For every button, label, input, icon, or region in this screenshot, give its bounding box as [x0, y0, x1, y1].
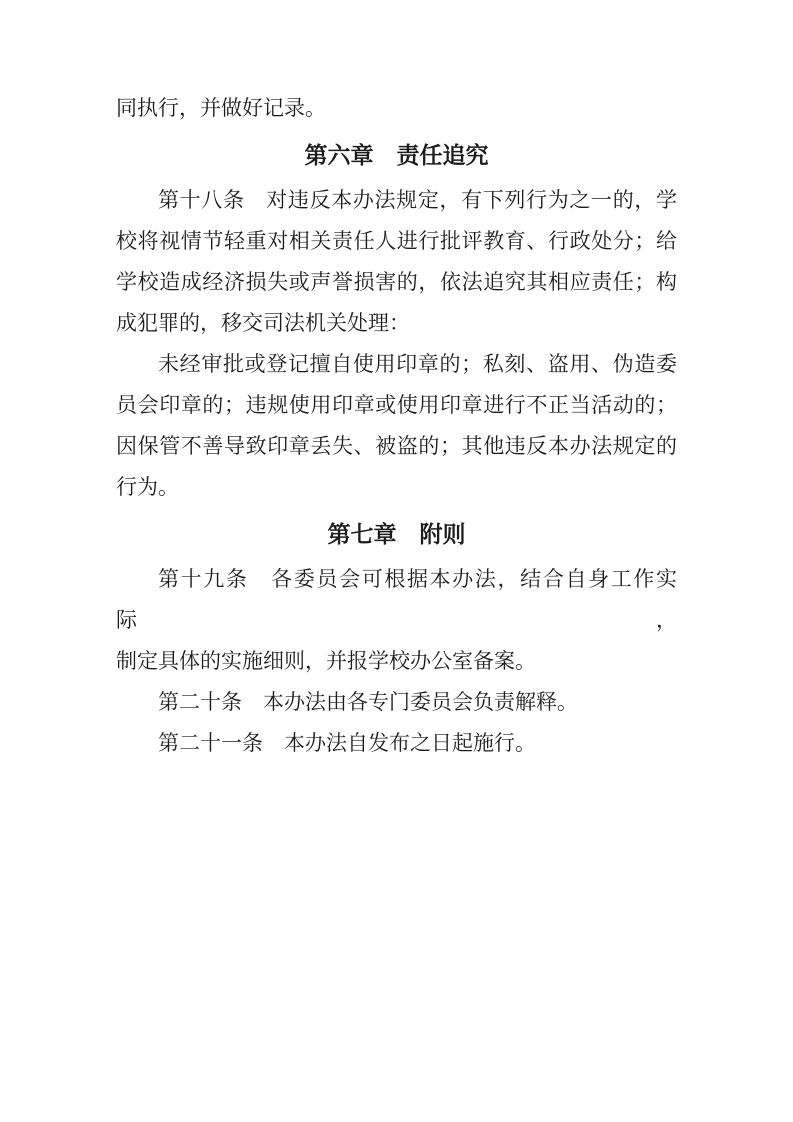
body-text-line: 校将视情节轻重对相关责任人进行批评教育、行政处分；给 — [116, 221, 677, 262]
body-text-line: 第十九条 各委员会可根据本办法，结合自身工作实际， — [116, 559, 677, 641]
body-text-line: 第二十一条 本办法自发布之日起施行。 — [116, 723, 677, 764]
body-text-line: 未经审批或登记擅自使用印章的；私刻、盗用、伪造委 — [116, 344, 677, 385]
body-text-line: 成犯罪的，移交司法机关处理： — [116, 303, 677, 344]
body-text-line: 同执行，并做好记录。 — [116, 88, 677, 129]
document-page: 同执行，并做好记录。第六章 责任追究第十八条 对违反本办法规定，有下列行为之一的… — [0, 0, 793, 1122]
body-text-line: 制定具体的实施细则，并报学校办公室备案。 — [116, 641, 677, 682]
chapter-heading: 第七章 附则 — [116, 514, 677, 555]
body-text-line: 行为。 — [116, 467, 677, 508]
chapter-heading: 第六章 责任追究 — [116, 135, 677, 176]
body-text-line: 第十八条 对违反本办法规定，有下列行为之一的，学 — [116, 180, 677, 221]
body-text-line: 因保管不善导致印章丢失、被盗的；其他违反本办法规定的 — [116, 426, 677, 467]
body-text-line: 学校造成经济损失或声誉损害的，依法追究其相应责任；构 — [116, 262, 677, 303]
body-text-line: 第二十条 本办法由各专门委员会负责解释。 — [116, 682, 677, 723]
body-text-line: 员会印章的；违规使用印章或使用印章进行不正当活动的； — [116, 385, 677, 426]
document-body: 同执行，并做好记录。第六章 责任追究第十八条 对违反本办法规定，有下列行为之一的… — [116, 88, 677, 764]
